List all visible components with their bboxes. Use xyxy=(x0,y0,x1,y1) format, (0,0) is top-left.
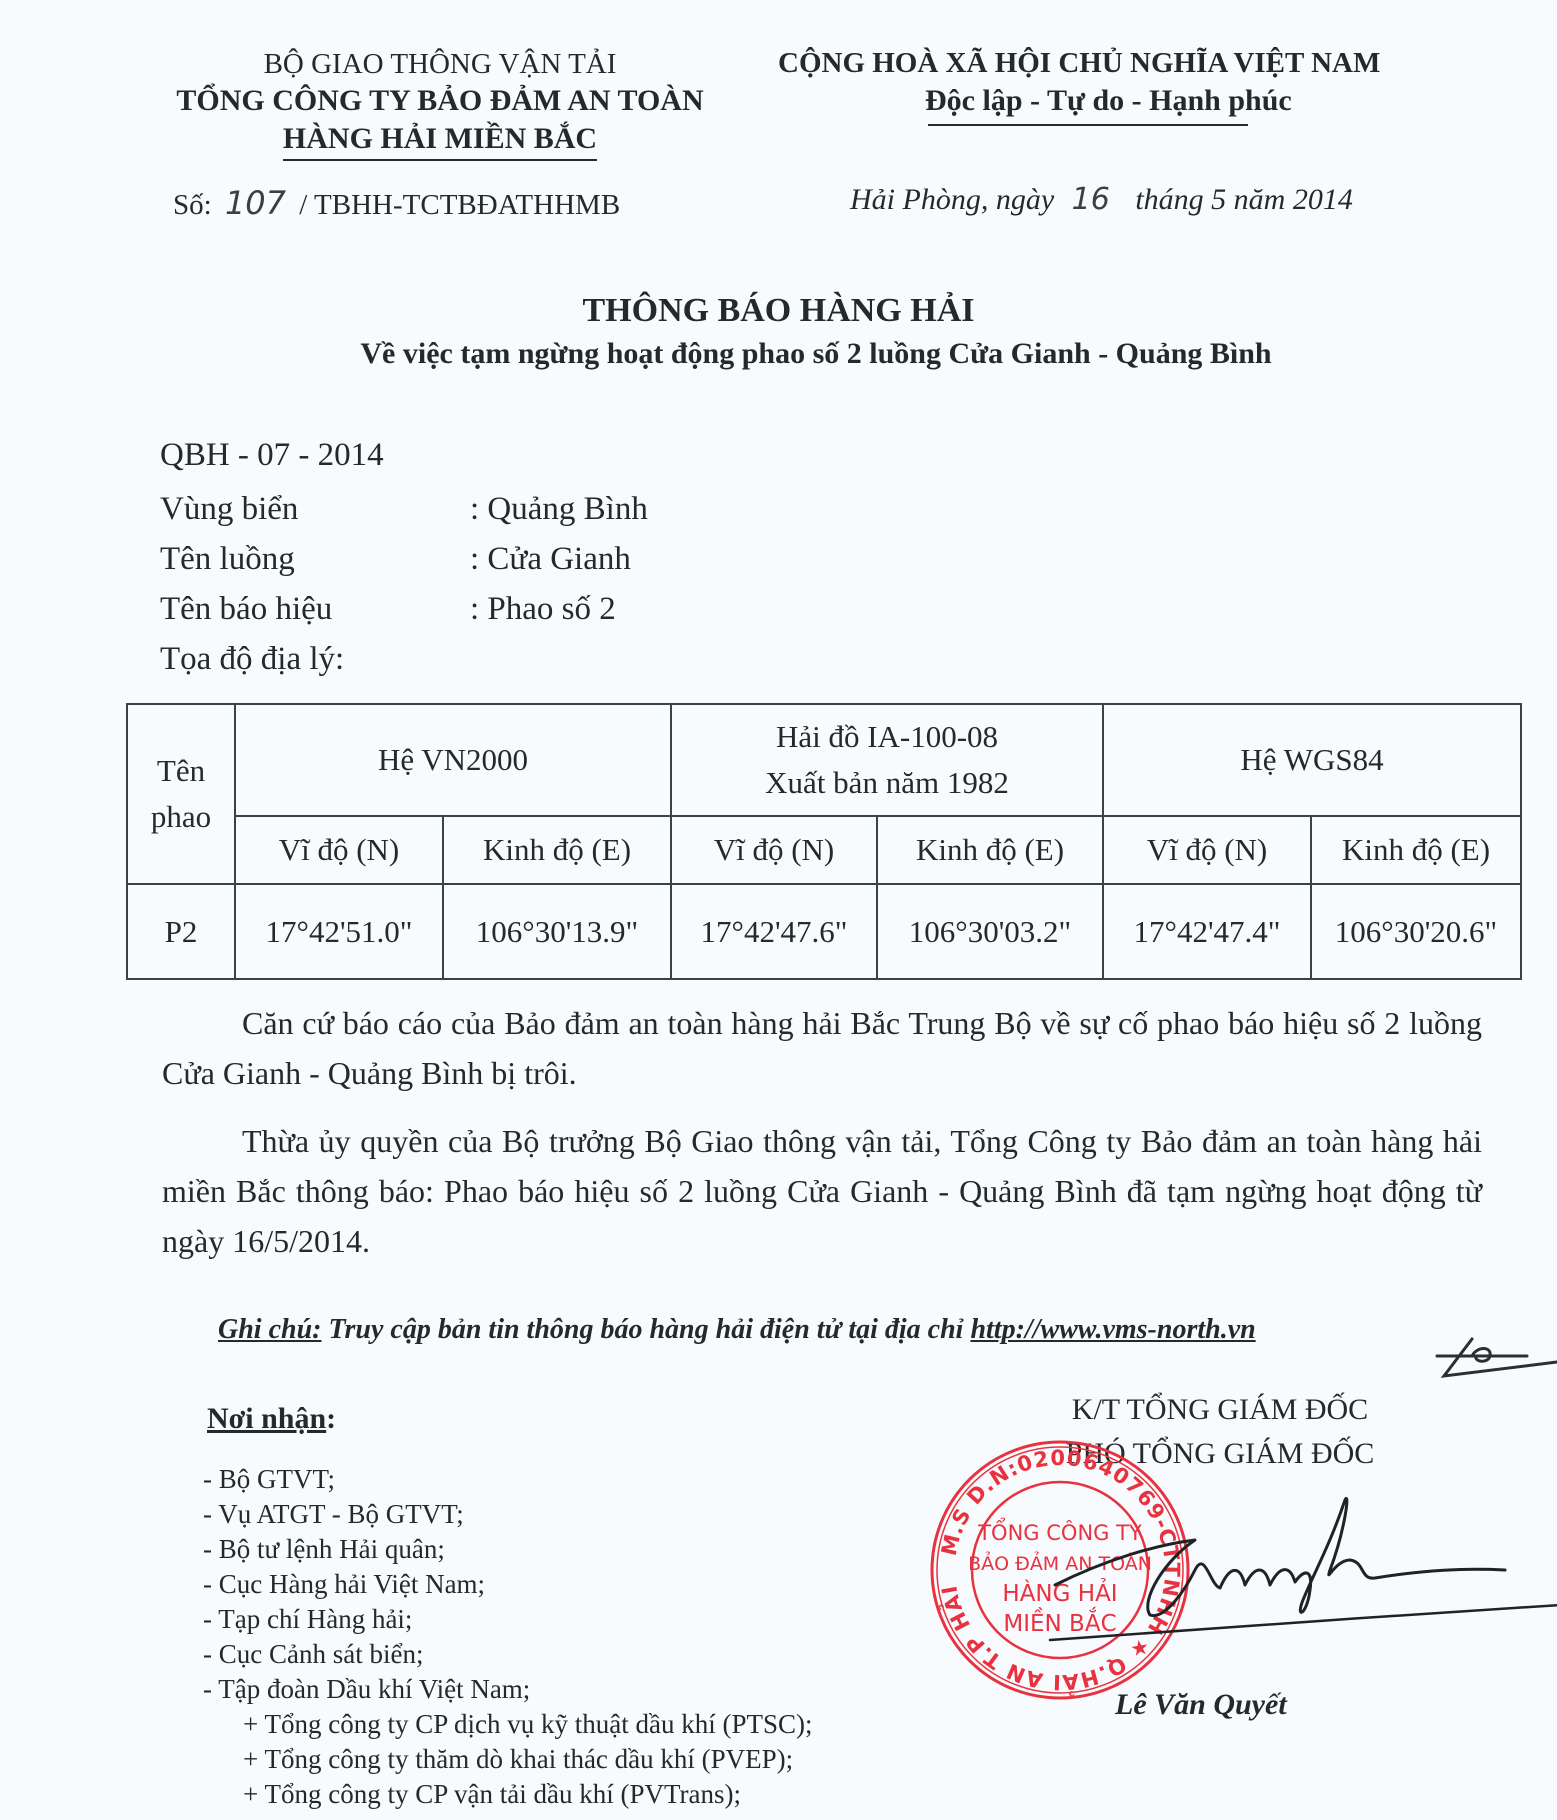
motto-underline xyxy=(928,124,1248,126)
document-title: THÔNG BÁO HÀNG HẢI xyxy=(0,292,1557,330)
ministry-name: BỘ GIAO THÔNG VẬN TẢI xyxy=(140,46,740,82)
signer-title-line1: K/T TỔNG GIÁM ĐỐC xyxy=(1020,1388,1420,1432)
body-paragraph: Thừa ủy quyền của Bộ trưởng Bộ Giao thôn… xyxy=(162,1116,1482,1266)
sub-header-lon: Kinh độ (E) xyxy=(443,816,671,884)
table-row: P2 17°42'51.0" 106°30'13.9" 17°42'47.6" … xyxy=(127,884,1521,979)
sub-header-lon: Kinh độ (E) xyxy=(1311,816,1521,884)
info-row: Vùng biển : Quảng Bình xyxy=(160,484,648,534)
org-name-line1: TỔNG CÔNG TY BẢO ĐẢM AN TOÀN xyxy=(140,82,740,120)
list-item: - Bộ GTVT; xyxy=(203,1462,812,1497)
coord-cell: 17°42'47.6" xyxy=(671,884,877,979)
place-date-prefix: Hải Phòng, ngày xyxy=(850,183,1054,216)
info-value: : Quảng Bình xyxy=(470,484,648,534)
list-item: - Vụ ATGT - Bộ GTVT; xyxy=(203,1497,812,1532)
info-row: Tên luồng : Cửa Gianh xyxy=(160,534,648,584)
info-value: : Phao số 2 xyxy=(470,584,616,634)
group-header-wgs84: Hệ WGS84 xyxy=(1103,704,1521,816)
issuing-authority: BỘ GIAO THÔNG VẬN TẢI TỔNG CÔNG TY BẢO Đ… xyxy=(140,46,740,161)
info-row: Tên báo hiệu : Phao số 2 xyxy=(160,584,648,634)
place-date: Hải Phòng, ngày 16 tháng 5 năm 2014 xyxy=(850,182,1353,217)
number-handwritten: 107 xyxy=(219,184,292,222)
national-motto: Độc lập - Tự do - Hạnh phúc xyxy=(760,82,1460,120)
notice-info: QBH - 07 - 2014 Vùng biển : Quảng Bình T… xyxy=(160,430,648,684)
list-subitem: + Tổng công ty CP vận tải dầu khí (PVTra… xyxy=(203,1777,812,1812)
coord-cell: 17°42'47.4" xyxy=(1103,884,1311,979)
list-item: - Bộ tư lệnh Hải quân; xyxy=(203,1532,812,1567)
recipients-list: - Bộ GTVT; - Vụ ATGT - Bộ GTVT; - Bộ tư … xyxy=(203,1462,812,1812)
group-header-vn2000: Hệ VN2000 xyxy=(235,704,671,816)
list-subitem: + Tổng công ty thăm dò khai thác dầu khí… xyxy=(203,1742,812,1777)
coordinates-table: Tên phao Hệ VN2000 Hải đồ IA-100-08 Xuất… xyxy=(126,703,1522,980)
chart-header-line1: Hải đồ IA-100-08 xyxy=(672,714,1102,760)
recipients-title-colon: : xyxy=(326,1402,336,1436)
sub-header-lat: Vĩ độ (N) xyxy=(235,816,443,884)
coord-cell: 106°30'20.6" xyxy=(1311,884,1521,979)
sub-header-lat: Vĩ độ (N) xyxy=(1103,816,1311,884)
list-item: - Cục Cảnh sát biển; xyxy=(203,1637,812,1672)
info-label: Vùng biển xyxy=(160,484,470,534)
info-value: : Cửa Gianh xyxy=(470,534,631,584)
website-link[interactable]: http://www.vms-north.vn xyxy=(970,1314,1255,1345)
paragraph-text: Thừa ủy quyền của Bộ trưởng Bộ Giao thôn… xyxy=(162,1123,1482,1259)
info-label: Tên báo hiệu xyxy=(160,584,470,634)
place-date-suffix: tháng 5 năm 2014 xyxy=(1135,183,1353,216)
recipients-title: Nơi nhận: xyxy=(207,1402,336,1436)
coord-cell: 17°42'51.0" xyxy=(235,884,443,979)
list-item: - Tạp chí Hàng hải; xyxy=(203,1602,812,1637)
recipients-title-text: Nơi nhận xyxy=(207,1402,326,1435)
body-paragraph: Căn cứ báo cáo của Bảo đảm an toàn hàng … xyxy=(162,998,1482,1098)
buoy-name: P2 xyxy=(127,884,235,979)
coord-cell: 106°30'13.9" xyxy=(443,884,671,979)
sub-header-lon: Kinh độ (E) xyxy=(877,816,1103,884)
sub-header-lat: Vĩ độ (N) xyxy=(671,816,877,884)
list-item: - Tập đoàn Dầu khí Việt Nam; xyxy=(203,1672,812,1707)
day-handwritten: 16 xyxy=(1062,182,1128,217)
country-name: CỘNG HOÀ XÃ HỘI CHỦ NGHĨA VIỆT NAM xyxy=(760,44,1460,82)
info-label: Tên luồng xyxy=(160,534,470,584)
buoy-name-header: Tên phao xyxy=(127,704,235,884)
note-label: Ghi chú: xyxy=(218,1314,321,1345)
list-subitem: + Tổng công ty CP dịch vụ kỹ thuật dầu k… xyxy=(203,1707,812,1742)
initials-mark xyxy=(1432,1334,1557,1384)
coordinates-label: Tọa độ địa lý: xyxy=(160,634,648,684)
national-header: CỘNG HOÀ XÃ HỘI CHỦ NGHĨA VIỆT NAM Độc l… xyxy=(760,44,1460,126)
chart-header-line2: Xuất bản năm 1982 xyxy=(672,760,1102,806)
note-text: Truy cập bản tin thông báo hàng hải điện… xyxy=(321,1314,970,1345)
handwritten-signature xyxy=(1045,1490,1557,1650)
document-subtitle: Về việc tạm ngừng hoạt động phao số 2 lu… xyxy=(0,337,1557,371)
paragraph-text: Căn cứ báo cáo của Bảo đảm an toàn hàng … xyxy=(162,1005,1482,1091)
list-item: - Cục Hàng hải Việt Nam; xyxy=(203,1567,812,1602)
org-name-line2: HÀNG HẢI MIỀN BẮC xyxy=(283,120,597,161)
group-header-chart: Hải đồ IA-100-08 Xuất bản năm 1982 xyxy=(671,704,1103,816)
note: Ghi chú: Truy cập bản tin thông báo hàng… xyxy=(218,1314,1256,1346)
number-prefix: Số: xyxy=(173,189,212,221)
buoy-name-header-text: Tên phao xyxy=(141,748,221,840)
coord-cell: 106°30'03.2" xyxy=(877,884,1103,979)
number-suffix: / TBHH-TCTBĐATHHMB xyxy=(299,189,620,221)
notice-code: QBH - 07 - 2014 xyxy=(160,430,648,480)
document-number: Số: 107 / TBHH-TCTBĐATHHMB xyxy=(173,184,620,222)
signer-name: Lê Văn Quyết xyxy=(1115,1688,1287,1722)
